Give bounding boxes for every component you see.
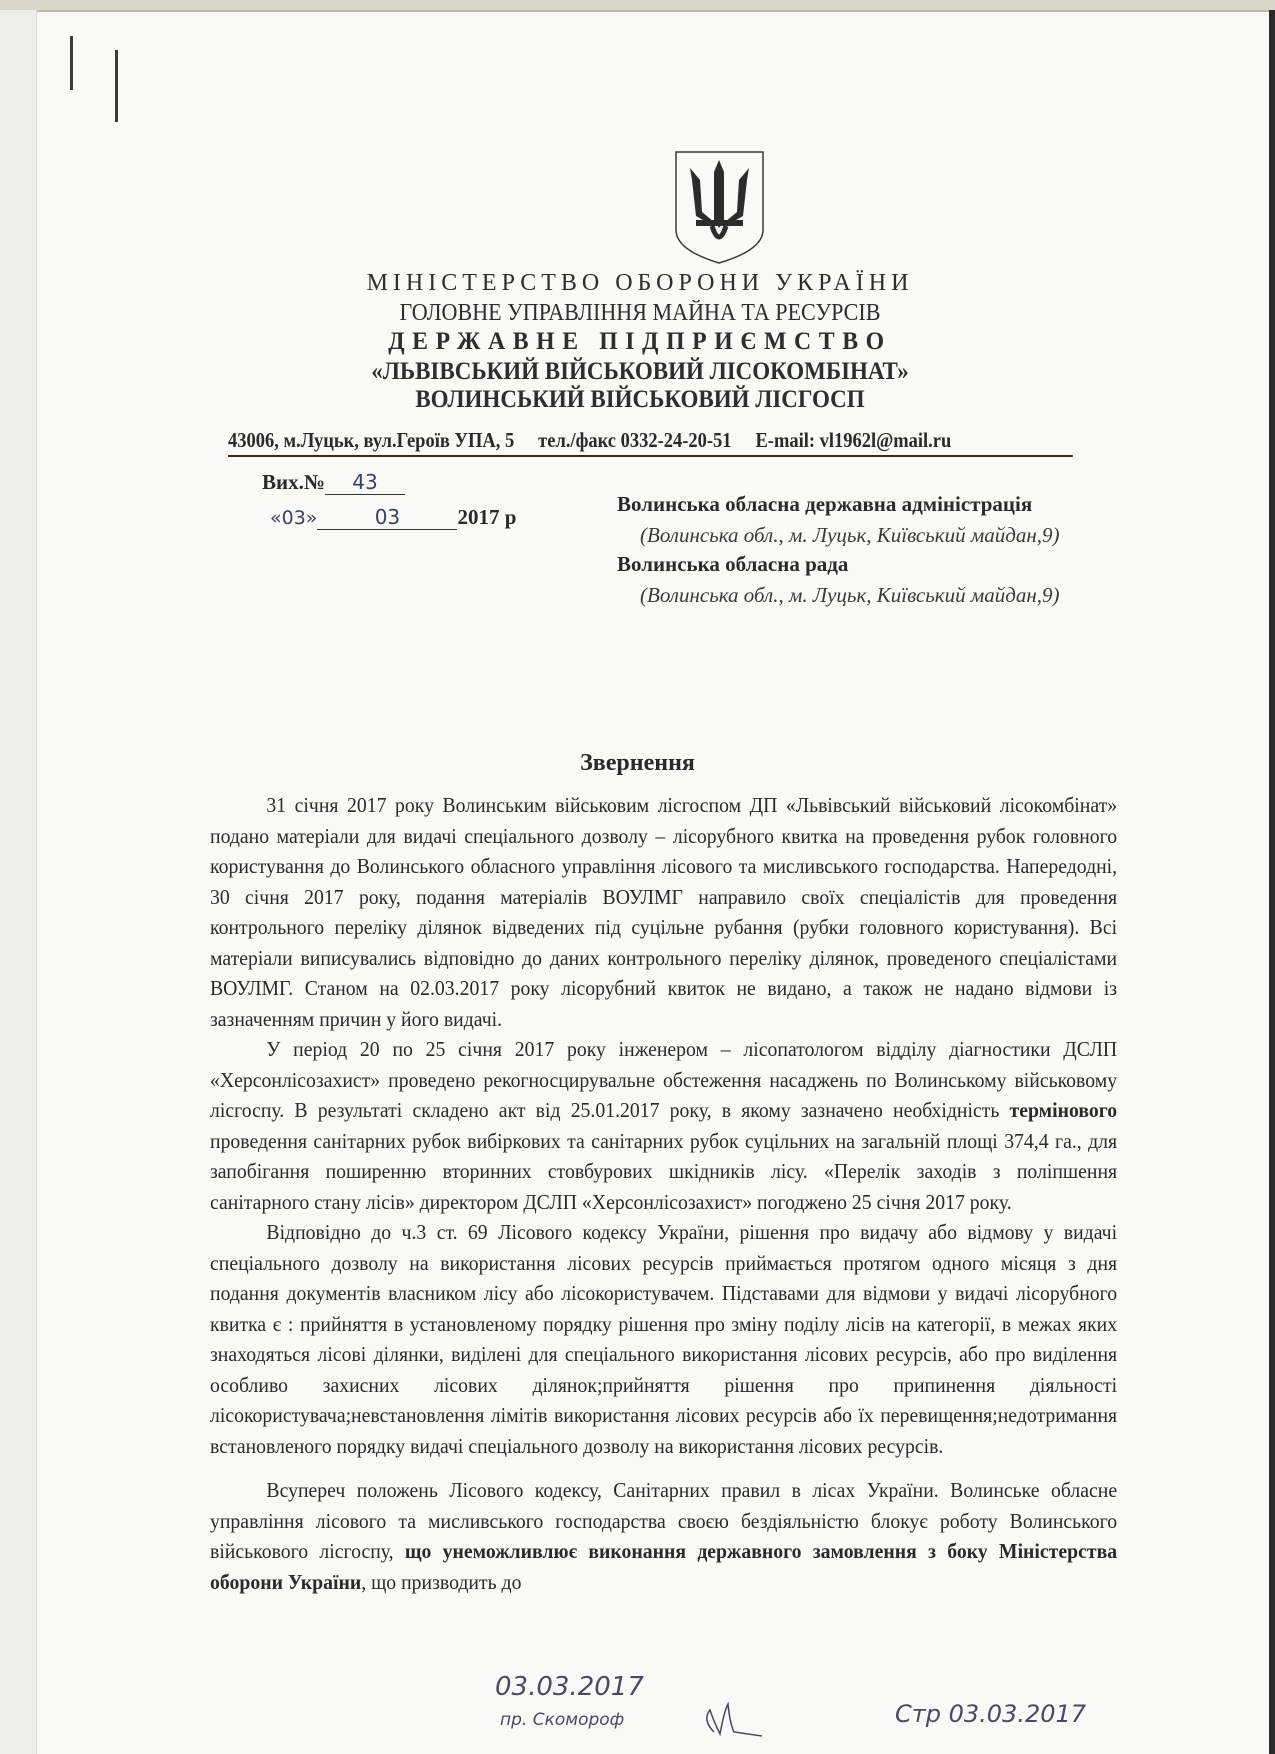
scan-top-edge (0, 0, 1275, 12)
letterhead-enterprise-type: ДЕРЖАВНЕ ПІДПРИЄМСТВО (222, 328, 1058, 356)
outgoing-month: 03 (317, 505, 457, 530)
outgoing-day: «03» (270, 507, 317, 529)
handwritten-date: 03.03.2017 (495, 1672, 644, 1702)
email: E-mail: vl1962l@mail.ru (755, 428, 951, 452)
emphasis: термінового (1010, 1098, 1118, 1122)
recipient-address: (Волинська обл., м. Луцьк, Київський май… (640, 583, 1060, 608)
paragraph: У період 20 по 25 січня 2017 року інжене… (210, 1034, 1117, 1217)
outgoing-date: «03»032017 р (270, 505, 516, 530)
paragraph: Відповідно до ч.3 ст. 69 Лісового кодекс… (210, 1217, 1117, 1461)
phone: тел./факс 0332-24-20-51 (538, 428, 731, 452)
recipient-name: Волинська обласна державна адміністрація (617, 492, 1032, 517)
signature-icon (700, 1702, 770, 1742)
paragraph: Всупереч положень Лісового кодексу, Сані… (210, 1475, 1117, 1597)
document-body: 31 січня 2017 року Волинським військовим… (210, 790, 1117, 1597)
binder-mark (70, 36, 73, 90)
paragraph: 31 січня 2017 року Волинським військовим… (210, 790, 1117, 1034)
binder-mark (115, 50, 118, 122)
outgoing-year: 2017 р (457, 505, 516, 529)
document-title: Звернення (0, 750, 1275, 777)
handwritten-note: пр. Скомороф (500, 1710, 624, 1730)
outgoing-number-value: 43 (325, 470, 405, 495)
letterhead-ministry: МІНІСТЕРСТВО ОБОРОНИ УКРАЇНИ (200, 270, 1080, 297)
letterhead-department: ГОЛОВНЕ УПРАВЛІННЯ МАЙНА ТА РЕСУРСІВ (235, 300, 1045, 327)
scan-left-edge (0, 10, 37, 1754)
letterhead-contacts: 43006, м.Луцьк, вул.Героїв УПА, 5 тел./ф… (228, 428, 1073, 457)
scan-right-edge (1269, 10, 1275, 1754)
recipient-name: Волинська обласна рада (617, 552, 848, 577)
handwritten-received-stamp: Стр 03.03.2017 (895, 1700, 1086, 1728)
outgoing-number-label: Вих.№ (262, 470, 325, 494)
letterhead-enterprise-name: «ЛЬВІВСЬКИЙ ВІЙСЬКОВИЙ ЛІСОКОМБІНАТ» (235, 358, 1045, 386)
letterhead-branch-name: ВОЛИНСЬКИЙ ВІЙСЬКОВИЙ ЛІСГОСП (235, 386, 1045, 414)
address: 43006, м.Луцьк, вул.Героїв УПА, 5 (228, 428, 514, 452)
recipient-address: (Волинська обл., м. Луцьк, Київський май… (640, 523, 1060, 548)
outgoing-number: Вих.№43 (262, 470, 405, 495)
ukraine-trident-coat-of-arms-icon (672, 150, 767, 265)
